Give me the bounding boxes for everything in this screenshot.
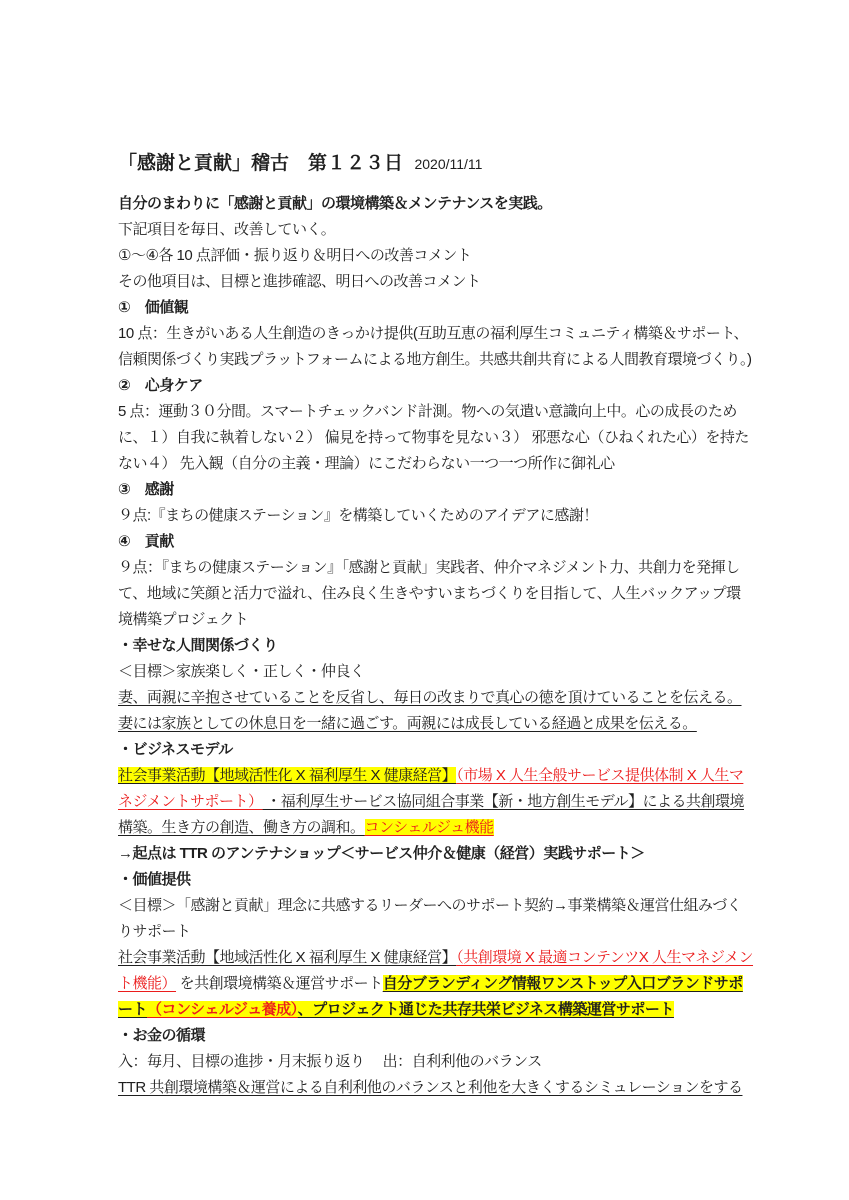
money-simulation: TTR 共創環境構築＆運営による自利利他のバランスと利他を大きくするシミュレーシ…: [118, 1075, 754, 1101]
document-content: 「感謝と貢献」稽古 第１２３日 2020/11/11 自分のまわりに「感謝と貢献…: [118, 150, 754, 1101]
text-segment: ・幸せな人間関係づくり: [118, 637, 278, 654]
text-segment: ・価値提供: [118, 871, 191, 888]
text-segment: ・お金の循環: [118, 1027, 205, 1044]
intro-daily: 下記項目を毎日、改善していく。: [118, 217, 754, 243]
text-segment: 下記項目を毎日、改善していく。: [118, 221, 335, 238]
text-segment: 社会事業活動【地域活性化 X 福利厚生 X 健康経営】: [118, 949, 456, 966]
heading-contribution: ④ 貢献: [118, 529, 754, 555]
document-title: 「感謝と貢献」稽古 第１２３日: [118, 153, 403, 174]
intro-other-items: その他項目は、目標と進捗確認、明日への改善コメント: [118, 269, 754, 295]
text-segment: ９点:『まちの健康ステーション』を構築していくためのアイデアに感謝！: [118, 507, 598, 524]
text-segment: ＜目標＞「感謝と貢献」理念に共感するリーダーへのサポート契約→事業構築＆運営仕組…: [118, 897, 741, 940]
text-segment: ①～④各 10 点評価・振り返り＆明日への改善コメント: [118, 247, 471, 264]
text-segment: 社会事業活動【地域活性化 X 福利厚生 X 健康経営】: [118, 767, 456, 784]
heading-values: ① 価値観: [118, 295, 754, 321]
text-segment: ＜目標＞家族楽しく・正しく・仲良く: [118, 663, 365, 680]
document-title-line: 「感謝と貢献」稽古 第１２３日 2020/11/11: [118, 150, 754, 178]
text-segment: ② 心身ケア: [118, 377, 203, 394]
heading-happy-relations: ・幸せな人間関係づくり: [118, 633, 754, 659]
text-segment: を共創環境構築＆運営サポート: [176, 975, 383, 992]
text-segment: （コンシェルジュ養成）: [147, 1001, 298, 1018]
heading-value-offer: ・価値提供: [118, 867, 754, 893]
gratitude-score: ９点:『まちの健康ステーション』を構築していくためのアイデアに感謝！: [118, 503, 754, 529]
values-score: 10 点：生きがいある人生創造のきっかけ提供(互助互恵の福利厚生コミュニティ構築…: [118, 321, 754, 373]
heading-gratitude: ③ 感謝: [118, 477, 754, 503]
text-segment: 妻、両親に辛抱させていることを反省し、毎日の改まりで真心の徳を頂けていることを伝…: [118, 689, 742, 732]
text-segment: →起点は TTR のアンテナショップ＜サービス仲介＆健康（経営）実践サポート＞: [118, 845, 645, 862]
heading-mind-body-care: ② 心身ケア: [118, 373, 754, 399]
relations-detail: 妻、両親に辛抱させていることを反省し、毎日の改まりで真心の徳を頂けていることを伝…: [118, 685, 754, 737]
value-offer-detail: 社会事業活動【地域活性化 X 福利厚生 X 健康経営】（共創環境 X 最適コンテ…: [118, 945, 754, 1023]
money-in-out: 入：毎月、目標の進捗・月末振り返り 出：自利利他のバランス: [118, 1049, 754, 1075]
contribution-score: ９点：『まちの健康ステーション』「感謝と貢献」実践者、仲介マネジメント力、共創力…: [118, 555, 754, 633]
heading-money-cycle: ・お金の循環: [118, 1023, 754, 1049]
text-segment: ・ビジネスモデル: [118, 741, 233, 758]
text-segment: その他項目は、目標と進捗確認、明日への改善コメント: [118, 273, 481, 290]
text-segment: コンシェルジュ機能: [365, 819, 494, 836]
mind-body-score: 5 点：運動３０分間。スマートチェックバンド計測。物への気遣い意識向上中。心の成…: [118, 399, 754, 477]
text-segment: ④ 貢献: [118, 533, 174, 550]
intro-scoring: ①～④各 10 点評価・振り返り＆明日への改善コメント: [118, 243, 754, 269]
text-segment: ９点：『まちの健康ステーション』「感謝と貢献」実践者、仲介マネジメント力、共創力…: [118, 559, 741, 628]
text-segment: 入：毎月、目標の進捗・月末振り返り 出：自利利他のバランス: [118, 1053, 542, 1070]
relations-goal: ＜目標＞家族楽しく・正しく・仲良く: [118, 659, 754, 685]
intro-practice: 自分のまわりに「感謝と貢献」の環境構築＆メンテナンスを実践。: [118, 191, 754, 217]
document-page: 「感謝と貢献」稽古 第１２３日 2020/11/11 自分のまわりに「感謝と貢献…: [0, 0, 849, 1200]
value-offer-goal: ＜目標＞「感謝と貢献」理念に共感するリーダーへのサポート契約→事業構築＆運営仕組…: [118, 893, 754, 945]
text-segment: 、プロジェクト通じた共存共栄ビジネス構築運営サポート: [298, 1001, 674, 1018]
text-segment: 5 点：運動３０分間。スマートチェックバンド計測。物への気遣い意識向上中。心の成…: [118, 403, 749, 472]
text-segment: TTR 共創環境構築＆運営による自利利他のバランスと利他を大きくするシミュレーシ…: [118, 1079, 742, 1096]
business-start-point: →起点は TTR のアンテナショップ＜サービス仲介＆健康（経営）実践サポート＞: [118, 841, 754, 867]
text-segment: ① 価値観: [118, 299, 188, 316]
business-model-detail: 社会事業活動【地域活性化 X 福利厚生 X 健康経営】（市場 X 人生全般サービ…: [118, 763, 754, 841]
text-segment: ③ 感謝: [118, 481, 174, 498]
heading-business-model: ・ビジネスモデル: [118, 737, 754, 763]
text-segment: 自分のまわりに「感謝と貢献」の環境構築＆メンテナンスを実践。: [118, 195, 552, 212]
text-segment: 10 点：生きがいある人生創造のきっかけ提供(互助互恵の福利厚生コミュニティ構築…: [118, 325, 752, 368]
document-date: 2020/11/11: [414, 156, 482, 172]
document-body: 自分のまわりに「感謝と貢献」の環境構築＆メンテナンスを実践。下記項目を毎日、改善…: [118, 191, 754, 1101]
